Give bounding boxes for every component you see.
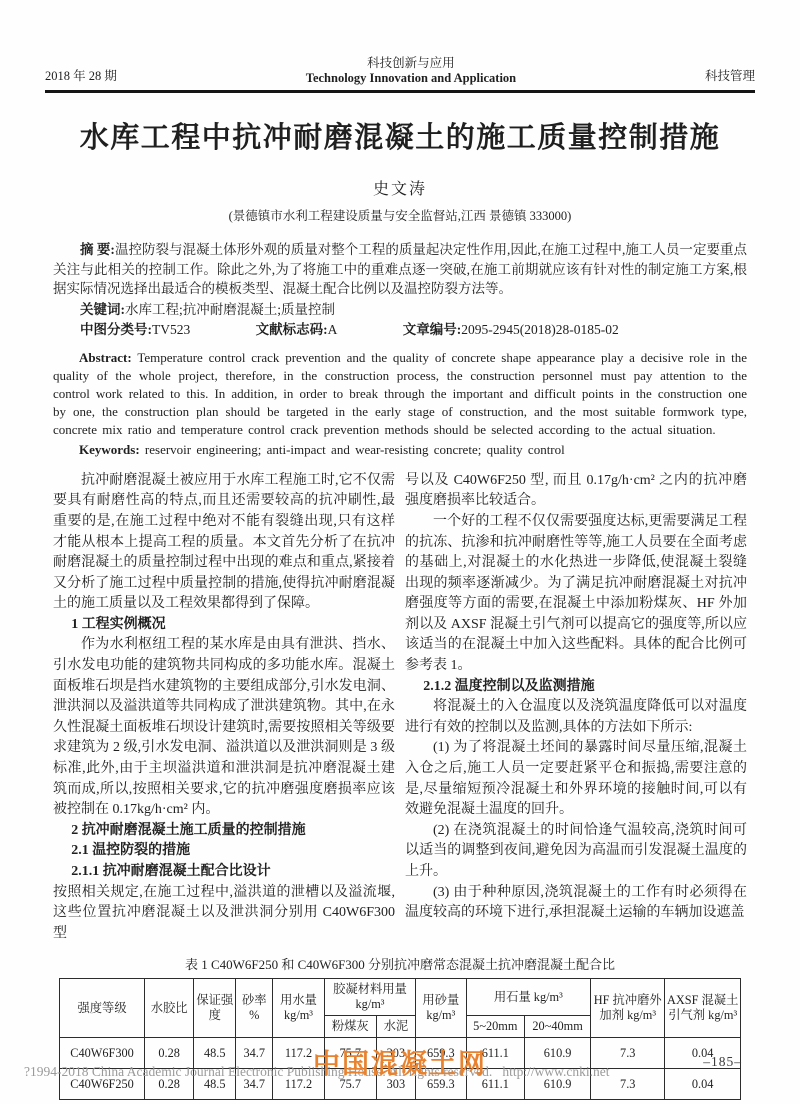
col-header-guaranteed-strength: 保证强度 — [194, 979, 236, 1038]
journal-name-en: Technology Innovation and Application — [306, 71, 516, 86]
issue-label: 2018 年 28 期 — [45, 66, 117, 86]
col-subheader-fly-ash: 粉煤灰 — [324, 1016, 376, 1038]
col-subheader-stone-5-20: 5~20mm — [466, 1016, 525, 1038]
table-caption: 表 1 C40W6F250 和 C40W6F300 分别抗冲磨常态混凝土抗冲磨混… — [59, 954, 741, 973]
mix-ratio-table: 强度等级 水胶比 保证强度 砂率 % 用水量 kg/m³ 胶凝材料用量 kg/m… — [59, 978, 741, 1100]
cnki-url: http://www.cnki.net — [502, 1064, 609, 1079]
article-title: 水库工程中抗冲耐磨混凝土的施工质量控制措施 — [45, 115, 755, 156]
col-header-water-binder: 水胶比 — [145, 979, 194, 1038]
col-subheader-cement: 水泥 — [376, 1016, 415, 1038]
paragraph: (3) 由于种种原因,浇筑混凝土的工作有时必须得在温度较高的环境下进行,承担混凝… — [405, 883, 747, 924]
abstract-en-label: Abstract: — [79, 350, 132, 365]
col-header-water-amount: 用水量 kg/m³ — [273, 979, 325, 1038]
paragraph: 号以及 C40W6F250 型, 而且 0.17g/h·cm² 之内的抗冲磨强度… — [405, 471, 747, 512]
clc-value: TV523 — [152, 322, 190, 337]
author-affiliation: (景德镇市水利工程建设质量与安全监督站,江西 景德镇 333000) — [45, 206, 755, 224]
abstract-cn: 摘 要:温控防裂与混凝土体形外观的质量对整个工程的质量起决定性作用,因此,在施工… — [53, 240, 747, 299]
author-name: 史文涛 — [45, 176, 755, 199]
paragraph: 抗冲耐磨混凝土被应用于水库工程施工时,它不仅需要具有耐磨性高的特点,而且还需要较… — [53, 471, 395, 615]
keywords-cn-text: 水库工程;抗冲耐磨混凝土;质量控制 — [125, 302, 335, 317]
page-number: –185– — [703, 1054, 742, 1070]
journal-name: 科技创新与应用 Technology Innovation and Applic… — [306, 56, 516, 86]
paragraph: 一个好的工程不仅仅需要强度达标,更需要满足工程的抗冻、抗渗和抗冲耐磨性等等,施工… — [405, 512, 747, 677]
doc-code-value: A — [328, 322, 338, 337]
keywords-en-label: Keywords: — [79, 442, 140, 457]
paragraph: (1) 为了将混凝土坯间的暴露时间尽量压缩,混凝土入仓之后,施工人员一定要赶紧平… — [405, 738, 747, 820]
cell: 0.04 — [665, 1069, 741, 1100]
article-no-label: 文章编号: — [403, 322, 462, 337]
paragraph: (2) 在浇筑混凝土的时间恰逢气温较高,浇筑时间可以适当的调整到夜间,避免因为高… — [405, 821, 747, 883]
abstract-cn-text: 温控防裂与混凝土体形外观的质量对整个工程的质量起决定性作用,因此,在施工过程中,… — [53, 242, 747, 296]
col-header-axsf-agent: AXSF 混凝土引气剂 kg/m³ — [665, 979, 741, 1038]
keywords-cn: 关键词:水库工程;抗冲耐磨混凝土;质量控制 — [53, 300, 747, 320]
paragraph: 作为水利枢纽工程的某水库是由具有泄洪、挡水、引水发电功能的建筑物共同构成的多功能… — [53, 635, 395, 820]
section-heading-2: 2 抗冲耐磨混凝土施工质量的控制措施 — [53, 821, 395, 842]
keywords-en: Keywords: reservoir engineering; anti-im… — [53, 441, 747, 459]
header-divider — [45, 90, 755, 93]
keywords-cn-label: 关键词: — [80, 302, 125, 317]
journal-header: 2018 年 28 期 科技创新与应用 Technology Innovatio… — [45, 56, 755, 86]
col-header-cementitious: 胶凝材料用量 kg/m³ — [324, 979, 415, 1016]
col-header-strength-grade: 强度等级 — [60, 979, 145, 1038]
clc-label: 中图分类号: — [80, 322, 152, 337]
doc-code-label: 文献标志码: — [256, 322, 328, 337]
col-header-sand-ratio: 砂率 % — [236, 979, 273, 1038]
classification-line: 中图分类号:TV523 文献标志码:A 文章编号:2095-2945(2018)… — [53, 320, 747, 340]
section-heading-1: 1 工程实例概况 — [53, 615, 395, 636]
front-matter: 摘 要:温控防裂与混凝土体形外观的质量对整个工程的质量起决定性作用,因此,在施工… — [53, 240, 747, 459]
section-heading-2-1: 2.1 温控防裂的措施 — [53, 841, 395, 862]
section-heading-2-1-1: 2.1.1 抗冲耐磨混凝土配合比设计 — [53, 862, 395, 883]
right-column: 号以及 C40W6F250 型, 而且 0.17g/h·cm² 之内的抗冲磨强度… — [405, 471, 747, 945]
cnki-watermark: 中国混凝土网 — [313, 1042, 487, 1081]
paragraph: 按照相关规定,在施工过程中,溢洪道的泄槽以及溢流堰,这些位置抗冲磨混凝土以及泄洪… — [53, 883, 395, 945]
col-subheader-stone-20-40: 20~40mm — [525, 1016, 591, 1038]
col-header-hf-admixture: HF 抗冲磨外加剂 kg/m³ — [591, 979, 665, 1038]
article-no-value: 2095-2945(2018)28-0185-02 — [461, 322, 618, 337]
col-header-sand-amount: 用砂量 kg/m³ — [416, 979, 466, 1038]
abstract-en: Abstract: Temperature control crack prev… — [53, 349, 747, 440]
col-header-stone: 用石量 kg/m³ — [466, 979, 591, 1016]
paper-page: 2018 年 28 期 科技创新与应用 Technology Innovatio… — [0, 0, 800, 1104]
section-heading-2-1-2: 2.1.2 温度控制以及监测措施 — [405, 677, 747, 698]
body-columns: 抗冲耐磨混凝土被应用于水库工程施工时,它不仅需要具有耐磨性高的特点,而且还需要较… — [53, 471, 747, 945]
keywords-en-text: reservoir engineering; anti-impact and w… — [145, 442, 565, 457]
paragraph: 将混凝土的入仓温度以及浇筑温度降低可以对温度进行有效的控制以及监测,具体的方法如… — [405, 697, 747, 738]
column-label: 科技管理 — [705, 66, 755, 86]
abstract-en-text: Temperature control crack prevention and… — [53, 350, 747, 438]
left-column: 抗冲耐磨混凝土被应用于水库工程施工时,它不仅需要具有耐磨性高的特点,而且还需要较… — [53, 471, 395, 945]
journal-name-cn: 科技创新与应用 — [306, 56, 516, 71]
abstract-cn-label: 摘 要: — [80, 242, 115, 257]
